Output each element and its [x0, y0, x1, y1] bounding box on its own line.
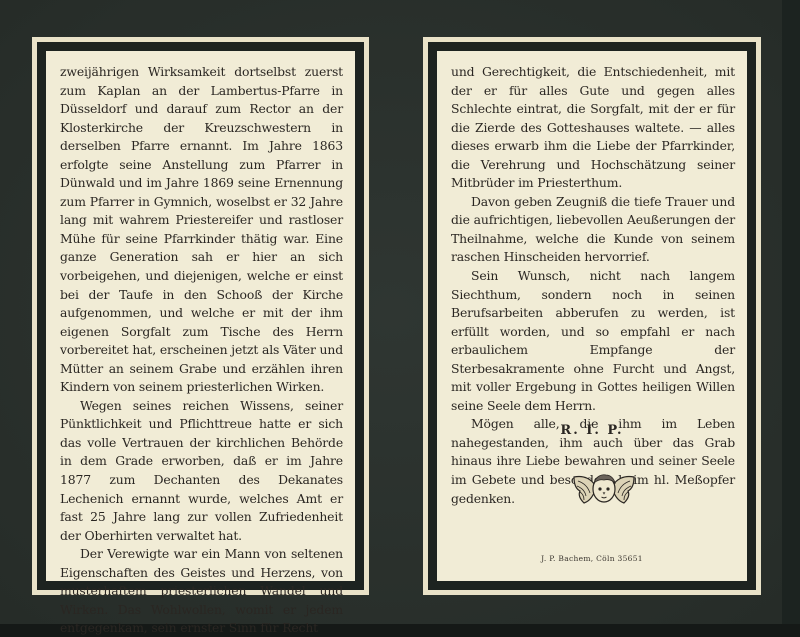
rip-closing: R. I. P.: [437, 423, 747, 438]
right-page: und Gerechtigkeit, die Entschiedenheit, …: [423, 37, 761, 595]
cherub-ornament-icon: [570, 469, 638, 507]
right-paragraph-3: Sein Wunsch, nicht nach langem Siechthum…: [451, 267, 735, 415]
left-paragraph-2: Wegen seines reichen Wissens, seiner Pün…: [60, 397, 343, 545]
printer-imprint: J. P. Bachem, Cöln 35651: [437, 554, 747, 563]
left-paragraph-1: zweijährigen Wirksamkeit dortselbst zuer…: [60, 63, 343, 397]
left-page-mourning-border: zweijährigen Wirksamkeit dortselbst zuer…: [37, 42, 364, 590]
right-paragraph-1: und Gerechtigkeit, die Entschiedenheit, …: [451, 63, 735, 193]
card-edge-right: [782, 0, 800, 637]
right-paragraph-2: Davon geben Zeugniß die tiefe Trauer und…: [451, 193, 735, 267]
left-paragraph-3: Der Verewigte war ein Mann von seltenen …: [60, 545, 343, 637]
left-page: zweijährigen Wirksamkeit dortselbst zuer…: [32, 37, 369, 595]
left-page-text: zweijährigen Wirksamkeit dortselbst zuer…: [60, 63, 343, 637]
right-page-mourning-border: und Gerechtigkeit, die Entschiedenheit, …: [428, 42, 756, 590]
right-page-text: und Gerechtigkeit, die Entschiedenheit, …: [451, 63, 735, 508]
